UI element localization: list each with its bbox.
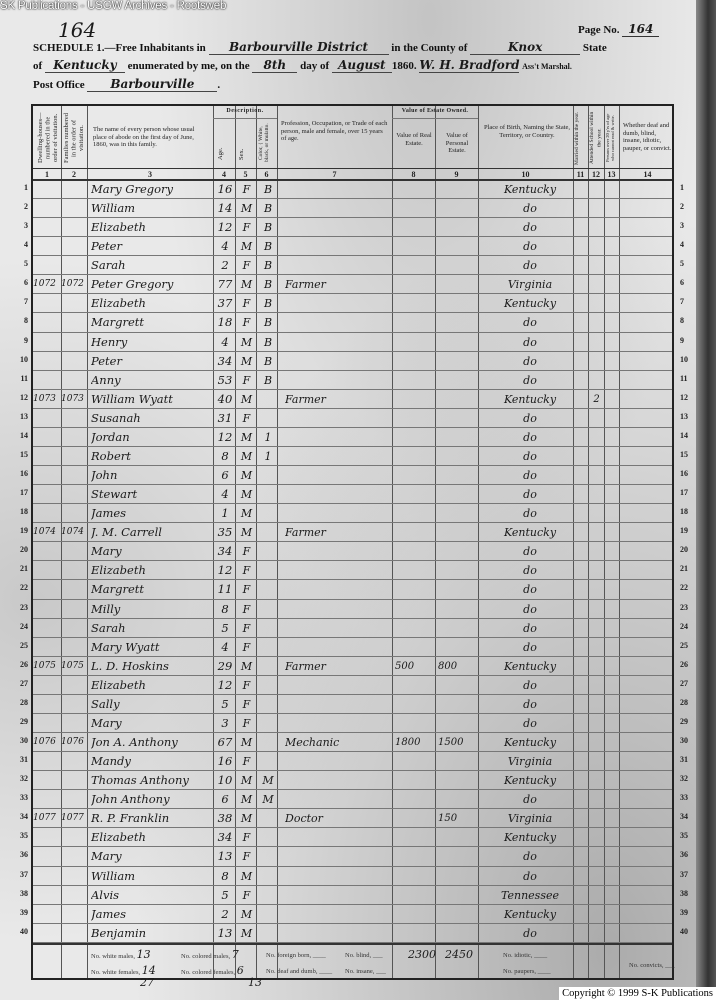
person-name: R. P. Franklin: [91, 809, 213, 828]
occupation-cell: [285, 447, 390, 466]
line-number-right: 7: [680, 297, 684, 306]
person-name: Peter: [91, 237, 213, 256]
line-number-right: 27: [680, 679, 688, 688]
personal-estate-cell: [438, 504, 476, 523]
sex-cell: F: [237, 714, 256, 733]
line-number-right: 10: [680, 355, 688, 364]
school-cell: [590, 638, 603, 657]
person-name: John: [91, 466, 213, 485]
occupation-cell: Farmer: [285, 390, 390, 409]
real-estate-cell: [395, 352, 433, 371]
color-cell: B: [259, 180, 277, 199]
person-name: Margrett: [91, 580, 213, 599]
age-cell: 6: [215, 466, 235, 485]
person-name: L. D. Hoskins: [91, 657, 213, 676]
color-cell: [259, 752, 277, 771]
birthplace-cell: do: [488, 447, 572, 466]
occupation-cell: [285, 638, 390, 657]
line-number-right: 34: [680, 812, 688, 821]
sex-cell: F: [237, 294, 256, 313]
dwelling-number: [33, 676, 61, 695]
sex-cell: F: [237, 371, 256, 390]
enumeration-line: of Kentucky enumerated by me, on the 8th…: [33, 58, 572, 73]
family-number: [61, 828, 87, 847]
post-office-line: Post Office Barbourville.: [33, 77, 220, 92]
dwelling-number: [33, 218, 61, 237]
occupation-cell: [285, 619, 390, 638]
sex-cell: M: [237, 523, 256, 542]
family-number: 1077: [61, 809, 87, 828]
age-cell: 2: [215, 905, 235, 924]
line-number-left: 19: [16, 526, 28, 535]
dwelling-number: [33, 447, 61, 466]
family-number: [61, 371, 87, 390]
sex-cell: M: [237, 790, 256, 809]
color-cell: [259, 886, 277, 905]
line-number-left: 8: [16, 316, 28, 325]
personal-estate-cell: [438, 619, 476, 638]
personal-estate-cell: [438, 218, 476, 237]
color-cell: B: [259, 371, 277, 390]
school-cell: 2: [590, 390, 603, 409]
illiterate-cell: [605, 790, 618, 809]
illiterate-cell: [605, 218, 618, 237]
person-name: William: [91, 867, 213, 886]
age-cell: 4: [215, 237, 235, 256]
person-name: Mary: [91, 714, 213, 733]
dwelling-number: [33, 256, 61, 275]
school-cell: [590, 275, 603, 294]
color-cell: [259, 676, 277, 695]
color-cell: [259, 733, 277, 752]
occupation-cell: [285, 580, 390, 599]
real-estate-cell: [395, 237, 433, 256]
person-name: Elizabeth: [91, 561, 213, 580]
summary-paupers: No. paupers, ____: [503, 968, 551, 975]
sex-cell: F: [237, 638, 256, 657]
dwelling-number: [33, 466, 61, 485]
birthplace-cell: do: [488, 924, 572, 943]
line-number-left: 16: [16, 469, 28, 478]
sex-cell: F: [237, 695, 256, 714]
age-cell: 10: [215, 771, 235, 790]
personal-estate-cell: [438, 867, 476, 886]
occupation-cell: [285, 371, 390, 390]
summary-deaf-dumb: No. deaf and dumb, ____: [266, 968, 332, 975]
married-cell: [574, 313, 587, 332]
age-cell: 5: [215, 695, 235, 714]
family-number: [61, 333, 87, 352]
illiterate-cell: [605, 714, 618, 733]
real-estate-cell: [395, 752, 433, 771]
header-dwelling: Dwelling-houses—numbered in the order of…: [37, 110, 59, 166]
table-row: Stewart4Mdo: [33, 485, 672, 504]
personal-estate-cell: [438, 523, 476, 542]
sex-cell: F: [237, 256, 256, 275]
married-cell: [574, 714, 587, 733]
real-estate-cell: [395, 504, 433, 523]
handwritten-page-number: 164: [58, 18, 96, 42]
color-cell: [259, 714, 277, 733]
married-cell: [574, 218, 587, 237]
table-row: John6Mdo: [33, 466, 672, 485]
personal-estate-cell: 800: [438, 657, 476, 676]
personal-estate-cell: 1500: [438, 733, 476, 752]
age-cell: 34: [215, 352, 235, 371]
married-cell: [574, 847, 587, 866]
dwelling-number: [33, 294, 61, 313]
sex-cell: F: [237, 847, 256, 866]
color-cell: B: [259, 256, 277, 275]
color-cell: [259, 409, 277, 428]
illiterate-cell: [605, 847, 618, 866]
sex-cell: F: [237, 409, 256, 428]
family-number: [61, 580, 87, 599]
table-row: Mary3Fdo: [33, 714, 672, 733]
real-estate-cell: [395, 218, 433, 237]
person-name: Thomas Anthony: [91, 771, 213, 790]
school-cell: [590, 523, 603, 542]
family-number: [61, 924, 87, 943]
person-name: Anny: [91, 371, 213, 390]
person-name: Henry: [91, 333, 213, 352]
age-cell: 16: [215, 180, 235, 199]
sex-cell: F: [237, 886, 256, 905]
occupation-cell: [285, 409, 390, 428]
personal-estate-cell: [438, 580, 476, 599]
illiterate-cell: [605, 771, 618, 790]
illiterate-cell: [605, 390, 618, 409]
married-cell: [574, 504, 587, 523]
real-estate-cell: [395, 199, 433, 218]
family-number: [61, 867, 87, 886]
dwelling-number: 1074: [33, 523, 61, 542]
dwelling-number: [33, 333, 61, 352]
color-cell: [259, 542, 277, 561]
family-number: [61, 714, 87, 733]
person-name: Susanah: [91, 409, 213, 428]
occupation-cell: [285, 790, 390, 809]
married-cell: [574, 619, 587, 638]
person-name: Mary: [91, 847, 213, 866]
married-cell: [574, 867, 587, 886]
birthplace-cell: do: [488, 542, 572, 561]
color-cell: [259, 924, 277, 943]
occupation-cell: [285, 867, 390, 886]
line-number-right: 16: [680, 469, 688, 478]
family-number: [61, 352, 87, 371]
header-personal-estate: Value of Personal Estate.: [438, 132, 476, 155]
birthplace-cell: Kentucky: [488, 905, 572, 924]
birthplace-cell: Kentucky: [488, 180, 572, 199]
color-cell: 1: [259, 447, 277, 466]
married-cell: [574, 580, 587, 599]
line-number-left: 39: [16, 908, 28, 917]
sex-cell: M: [237, 428, 256, 447]
age-cell: 35: [215, 523, 235, 542]
family-number: 1075: [61, 657, 87, 676]
birthplace-cell: do: [488, 600, 572, 619]
school-cell: [590, 695, 603, 714]
sex-cell: M: [237, 924, 256, 943]
occupation-cell: [285, 695, 390, 714]
real-estate-cell: [395, 847, 433, 866]
person-name: Elizabeth: [91, 218, 213, 237]
color-cell: [259, 809, 277, 828]
birthplace-cell: Kentucky: [488, 733, 572, 752]
line-number-left: 23: [16, 603, 28, 612]
real-estate-cell: [395, 867, 433, 886]
age-cell: 8: [215, 600, 235, 619]
dwelling-number: [33, 561, 61, 580]
line-number-right: 2: [680, 202, 684, 211]
line-number-left: 12: [16, 393, 28, 402]
personal-estate-cell: [438, 847, 476, 866]
summary-idiotic: No. idiotic, ____: [503, 952, 547, 959]
summary-colored-total: 13: [248, 976, 262, 989]
occupation-cell: [285, 924, 390, 943]
dwelling-number: [33, 695, 61, 714]
table-row: 10771077R. P. Franklin38MDoctor150Virgin…: [33, 809, 672, 828]
illiterate-cell: [605, 294, 618, 313]
dwelling-number: [33, 619, 61, 638]
personal-estate-cell: [438, 428, 476, 447]
family-number: [61, 409, 87, 428]
family-number: [61, 752, 87, 771]
illiterate-cell: [605, 638, 618, 657]
real-estate-cell: [395, 924, 433, 943]
birthplace-cell: do: [488, 237, 572, 256]
real-estate-cell: [395, 466, 433, 485]
census-page: SK Publications - USGW Archives - Rootsw…: [0, 0, 716, 1000]
illiterate-cell: [605, 542, 618, 561]
occupation-cell: Farmer: [285, 657, 390, 676]
line-number-left: 2: [16, 202, 28, 211]
occupation-cell: [285, 313, 390, 332]
line-number-left: 35: [16, 831, 28, 840]
line-number-right: 30: [680, 736, 688, 745]
person-name: William Wyatt: [91, 390, 213, 409]
school-cell: [590, 504, 603, 523]
sex-cell: M: [237, 809, 256, 828]
school-cell: [590, 428, 603, 447]
school-cell: [590, 294, 603, 313]
line-number-right: 18: [680, 507, 688, 516]
school-cell: [590, 752, 603, 771]
line-number-right: 32: [680, 774, 688, 783]
person-name: Peter Gregory: [91, 275, 213, 294]
family-number: [61, 619, 87, 638]
line-number-left: 21: [16, 564, 28, 573]
table-row: Mandy16FVirginia: [33, 752, 672, 771]
color-cell: 1: [259, 428, 277, 447]
line-number-right: 19: [680, 526, 688, 535]
line-number-left: 3: [16, 221, 28, 230]
summary-blind: No. blind, ___: [345, 952, 383, 959]
person-name: Margrett: [91, 313, 213, 332]
table-row: Mary Gregory16FBKentucky: [33, 180, 672, 199]
dwelling-number: [33, 924, 61, 943]
sex-cell: F: [237, 752, 256, 771]
occupation-cell: [285, 256, 390, 275]
line-number-right: 13: [680, 412, 688, 421]
dwelling-number: [33, 886, 61, 905]
married-cell: [574, 828, 587, 847]
illiterate-cell: [605, 924, 618, 943]
color-cell: [259, 638, 277, 657]
birthplace-cell: do: [488, 428, 572, 447]
birthplace-cell: do: [488, 714, 572, 733]
dwelling-number: [33, 504, 61, 523]
family-number: [61, 485, 87, 504]
color-cell: [259, 485, 277, 504]
line-number-right: 24: [680, 622, 688, 631]
dwelling-number: [33, 600, 61, 619]
personal-estate-cell: [438, 180, 476, 199]
personal-estate-cell: [438, 256, 476, 275]
sex-cell: F: [237, 561, 256, 580]
table-row: Susanah31Fdo: [33, 409, 672, 428]
illiterate-cell: [605, 466, 618, 485]
dwelling-number: [33, 542, 61, 561]
header-sex: Sex.: [238, 144, 254, 164]
occupation-cell: [285, 771, 390, 790]
occupation-cell: [285, 237, 390, 256]
age-cell: 29: [215, 657, 235, 676]
married-cell: [574, 676, 587, 695]
personal-estate-cell: [438, 771, 476, 790]
marshal-field: W. H. Bradford: [419, 58, 519, 73]
line-number-right: 6: [680, 278, 684, 287]
person-name: John Anthony: [91, 790, 213, 809]
family-number: [61, 886, 87, 905]
person-name: J. M. Carrell: [91, 523, 213, 542]
occupation-cell: [285, 714, 390, 733]
family-number: [61, 199, 87, 218]
personal-estate-cell: [438, 790, 476, 809]
person-name: James: [91, 504, 213, 523]
personal-estate-cell: [438, 695, 476, 714]
school-cell: [590, 561, 603, 580]
school-cell: [590, 790, 603, 809]
illiterate-cell: [605, 447, 618, 466]
married-cell: [574, 447, 587, 466]
line-number-left: 36: [16, 850, 28, 859]
sex-cell: F: [237, 542, 256, 561]
line-number-left: 13: [16, 412, 28, 421]
birthplace-cell: Kentucky: [488, 523, 572, 542]
line-number-left: 9: [16, 336, 28, 345]
occupation-cell: [285, 333, 390, 352]
birthplace-cell: Tennessee: [488, 886, 572, 905]
family-number: [61, 218, 87, 237]
age-cell: 2: [215, 256, 235, 275]
married-cell: [574, 428, 587, 447]
line-number-right: 17: [680, 488, 688, 497]
personal-estate-cell: [438, 294, 476, 313]
color-cell: B: [259, 275, 277, 294]
sex-cell: M: [237, 657, 256, 676]
header-married: Married within the year.: [574, 110, 587, 166]
school-cell: [590, 771, 603, 790]
color-cell: B: [259, 218, 277, 237]
birthplace-cell: Kentucky: [488, 390, 572, 409]
line-number-right: 40: [680, 927, 688, 936]
person-name: Mandy: [91, 752, 213, 771]
school-cell: [590, 600, 603, 619]
sex-cell: M: [237, 447, 256, 466]
line-number-left: 31: [16, 755, 28, 764]
color-cell: [259, 695, 277, 714]
birthplace-cell: do: [488, 619, 572, 638]
age-cell: 37: [215, 294, 235, 313]
occupation-cell: [285, 218, 390, 237]
family-number: [61, 504, 87, 523]
color-cell: B: [259, 333, 277, 352]
real-estate-cell: [395, 371, 433, 390]
school-cell: [590, 867, 603, 886]
real-estate-cell: [395, 790, 433, 809]
illiterate-cell: [605, 275, 618, 294]
line-number-left: 6: [16, 278, 28, 287]
table-row: John Anthony6MMdo: [33, 790, 672, 809]
illiterate-cell: [605, 905, 618, 924]
age-cell: 8: [215, 447, 235, 466]
sex-cell: M: [237, 390, 256, 409]
line-number-right: 28: [680, 698, 688, 707]
color-cell: [259, 504, 277, 523]
day-field: 8th: [252, 58, 297, 73]
sex-cell: M: [237, 199, 256, 218]
summary-convicts: No. convicts, ___: [629, 962, 675, 969]
family-number: [61, 905, 87, 924]
real-estate-cell: [395, 333, 433, 352]
school-cell: [590, 580, 603, 599]
age-cell: 18: [215, 313, 235, 332]
school-cell: [590, 409, 603, 428]
dwelling-number: 1075: [33, 657, 61, 676]
sex-cell: F: [237, 313, 256, 332]
color-cell: B: [259, 199, 277, 218]
line-number-left: 4: [16, 240, 28, 249]
family-number: [61, 600, 87, 619]
school-cell: [590, 485, 603, 504]
header-description: Description.: [214, 108, 276, 116]
sex-cell: M: [237, 867, 256, 886]
family-number: [61, 428, 87, 447]
line-number-left: 7: [16, 297, 28, 306]
age-cell: 4: [215, 333, 235, 352]
occupation-cell: [285, 561, 390, 580]
color-cell: [259, 619, 277, 638]
person-name: Jon A. Anthony: [91, 733, 213, 752]
married-cell: [574, 409, 587, 428]
birthplace-cell: do: [488, 790, 572, 809]
age-cell: 5: [215, 886, 235, 905]
age-cell: 16: [215, 752, 235, 771]
line-number-left: 29: [16, 717, 28, 726]
occupation-cell: [285, 504, 390, 523]
illiterate-cell: [605, 180, 618, 199]
line-number-left: 33: [16, 793, 28, 802]
illiterate-cell: [605, 313, 618, 332]
summary-foreign-born: No. foreign born, ____: [266, 952, 326, 959]
illiterate-cell: [605, 561, 618, 580]
married-cell: [574, 561, 587, 580]
school-cell: [590, 447, 603, 466]
real-estate-cell: [395, 485, 433, 504]
person-name: Elizabeth: [91, 676, 213, 695]
